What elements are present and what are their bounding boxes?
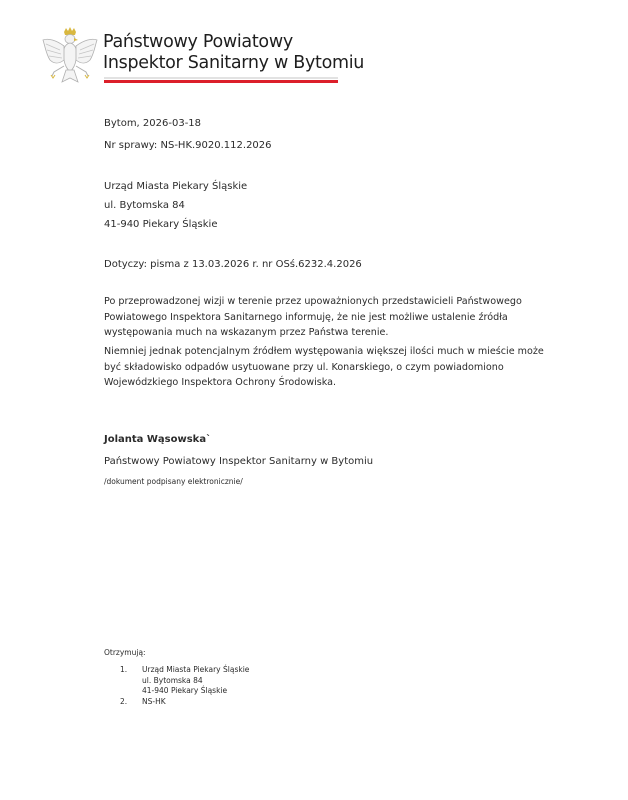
flag-white-stripe <box>104 77 338 79</box>
recipient-line: NS-HK <box>142 697 166 708</box>
addressee-street: ul. Bytomska 84 <box>104 199 185 212</box>
recipient-number: 1. <box>120 665 142 697</box>
body-paragraph-1: Po przeprowadzonej wizji w terenie przez… <box>104 294 544 341</box>
body-paragraph-2: Niemniej jednak potencjalnym źródłem wys… <box>104 344 544 391</box>
institution-name-line2: Inspektor Sanitarny w Bytomiu <box>103 53 364 74</box>
addressee-name: Urząd Miasta Piekary Śląskie <box>104 180 247 193</box>
subject-line: Dotyczy: pisma z 13.03.2026 r. nr OSś.62… <box>104 258 362 271</box>
flag-divider <box>104 77 338 83</box>
recipient-item: 1. Urząd Miasta Piekary Śląskie ul. Byto… <box>120 665 249 697</box>
flag-red-stripe <box>104 80 338 83</box>
recipients-list: 1. Urząd Miasta Piekary Śląskie ul. Byto… <box>120 665 249 707</box>
place-date: Bytom, 2026-03-18 <box>104 117 201 130</box>
recipient-item: 2. NS-HK <box>120 697 249 708</box>
recipient-line: Urząd Miasta Piekary Śląskie <box>142 665 249 676</box>
institution-name-line1: Państwowy Powiatowy <box>103 32 364 53</box>
signatory-name: Jolanta Wąsowska` <box>104 433 211 446</box>
recipient-line: ul. Bytomska 84 <box>142 676 249 687</box>
institution-name: Państwowy Powiatowy Inspektor Sanitarny … <box>103 32 364 74</box>
polish-eagle-icon <box>40 26 100 86</box>
recipient-number: 2. <box>120 697 142 708</box>
recipient-line: 41-940 Piekary Śląskie <box>142 686 249 697</box>
recipients-label: Otrzymują: <box>104 648 146 657</box>
addressee-city: 41-940 Piekary Śląskie <box>104 218 217 231</box>
e-signature-note: /dokument podpisany elektronicznie/ <box>104 475 243 488</box>
letter-page: Państwowy Powiatowy Inspektor Sanitarny … <box>0 0 628 800</box>
signatory-title: Państwowy Powiatowy Inspektor Sanitarny … <box>104 455 373 468</box>
case-number: Nr sprawy: NS-HK.9020.112.2026 <box>104 139 272 152</box>
